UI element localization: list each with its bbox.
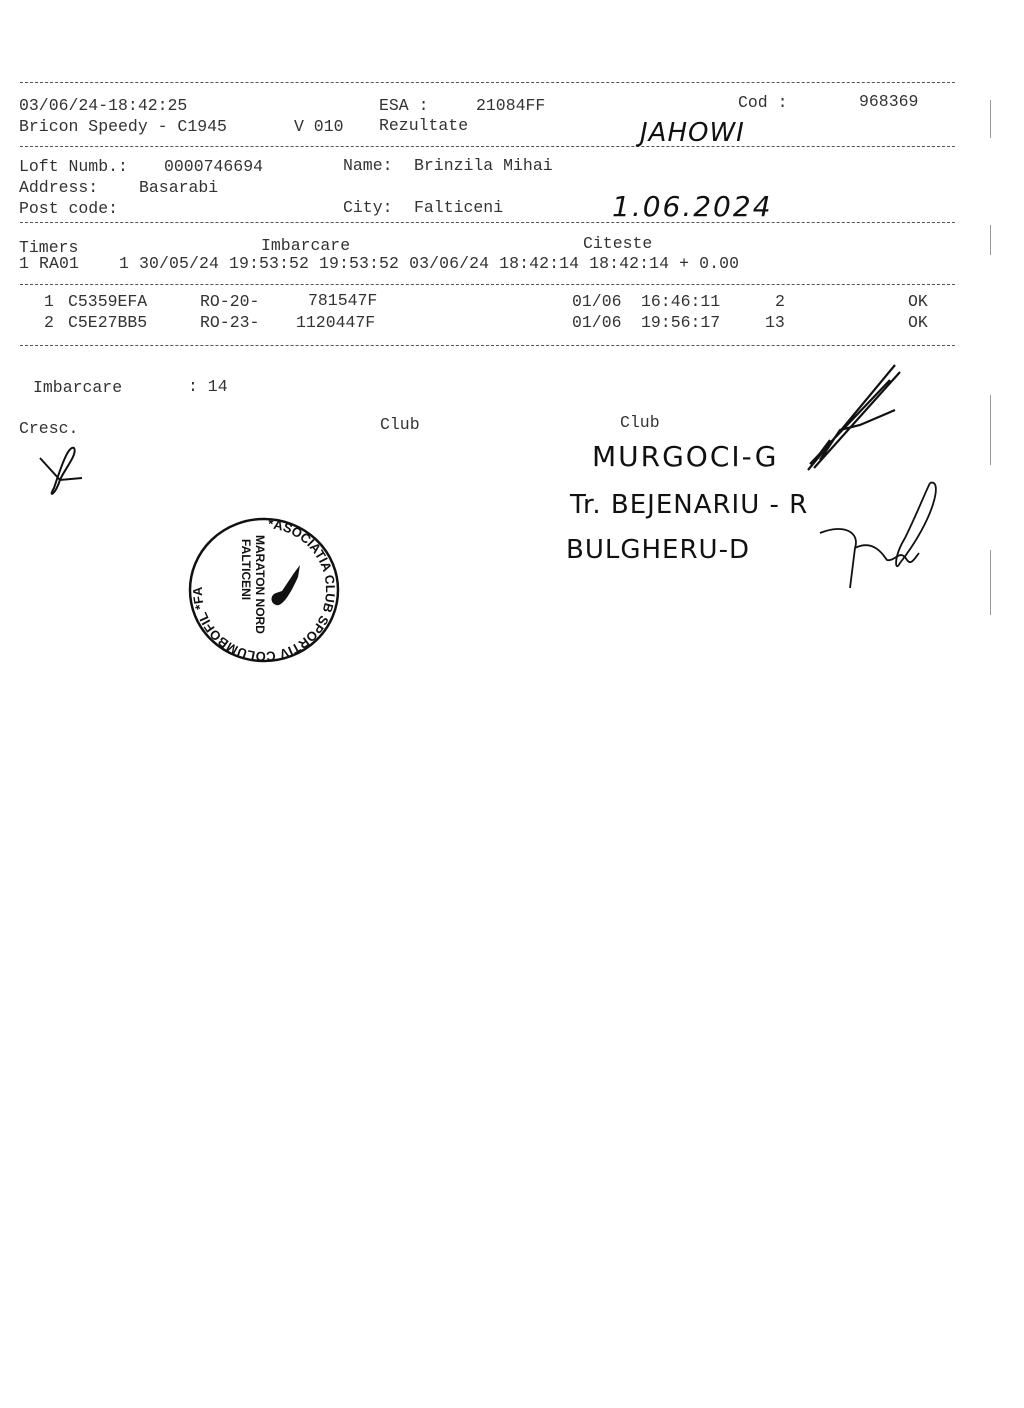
handwritten-date: 1.06.2024 <box>612 190 773 223</box>
separator <box>20 222 955 223</box>
witness-signature-2: Tr. BEJENARIU - R <box>570 490 808 520</box>
witness-signature-1: MURGOCI-G <box>592 440 778 473</box>
svg-text:FALTICENI: FALTICENI <box>239 539 253 600</box>
separator <box>20 345 955 346</box>
print-datetime: 03/06/24-18:42:25 <box>19 96 187 116</box>
separator <box>20 146 955 147</box>
imbarcare-count-label: Imbarcare <box>33 378 122 398</box>
result-position: 2 <box>775 292 785 312</box>
witness-signature-3: BULGHERU-D <box>566 535 750 565</box>
name-label: Name: <box>343 156 393 176</box>
club-label-1: Club <box>380 415 420 435</box>
cresc-signature <box>30 440 90 500</box>
city-value: Falticeni <box>414 198 503 218</box>
esa-label: ESA : <box>379 96 429 116</box>
cod-label: Cod : <box>738 93 788 113</box>
imbarcare-header: Imbarcare <box>261 236 350 256</box>
result-ring-prefix: RO-23- <box>200 313 259 333</box>
club-label-2: Club <box>620 413 660 433</box>
cod-value: 968369 <box>859 92 918 112</box>
result-no: 1 <box>44 292 54 312</box>
result-status: OK <box>908 292 928 312</box>
pigeon-icon <box>272 565 301 605</box>
document-type: Rezultate <box>379 116 468 136</box>
result-ring: 781547F <box>308 291 377 311</box>
esa-value: 21084FF <box>476 96 545 116</box>
address-value: Basarabi <box>139 178 218 198</box>
city-label: City: <box>343 198 393 218</box>
scan-mark <box>990 550 991 615</box>
scan-mark <box>990 100 991 138</box>
separator <box>20 284 955 285</box>
address-label: Address: <box>19 178 98 198</box>
result-chip: C5359EFA <box>68 292 147 312</box>
loft-number-value: 0000746694 <box>164 157 263 177</box>
device-name: Bricon Speedy - C1945 <box>19 117 227 137</box>
result-ring-prefix: RO-20- <box>200 292 259 312</box>
name-value: Brinzila Mihai <box>414 156 553 176</box>
device-version: V 010 <box>294 117 344 137</box>
postcode-label: Post code: <box>19 199 118 219</box>
result-status: OK <box>908 313 928 333</box>
scan-mark <box>990 395 991 465</box>
cresc-label: Cresc. <box>19 419 78 439</box>
result-no: 2 <box>44 313 54 333</box>
citeste-header: Citeste <box>583 234 652 254</box>
result-ring: 1120447F <box>296 313 375 333</box>
timer-row: 1 RA01 1 30/05/24 19:53:52 19:53:52 03/0… <box>19 254 739 274</box>
result-date: 01/06 <box>572 292 622 312</box>
scan-mark <box>990 225 991 255</box>
separator <box>20 82 955 83</box>
loft-number-label: Loft Numb.: <box>19 157 128 177</box>
handwritten-race-name: JAHOWI <box>640 118 745 148</box>
result-time: 16:46:11 <box>641 292 720 312</box>
club-signature-scribble-1 <box>800 360 910 475</box>
result-chip: C5E27BB5 <box>68 313 147 333</box>
imbarcare-count-value: : 14 <box>188 377 228 397</box>
result-time: 19:56:17 <box>641 313 720 333</box>
club-stamp: *ASOCIATIA CLUB SPORTIV COLUMBOFIL *FALT… <box>186 515 342 665</box>
svg-text:MARATON NORD: MARATON NORD <box>253 535 267 634</box>
result-position: 13 <box>765 313 785 333</box>
club-signature-scribble-2 <box>815 478 945 593</box>
result-date: 01/06 <box>572 313 622 333</box>
